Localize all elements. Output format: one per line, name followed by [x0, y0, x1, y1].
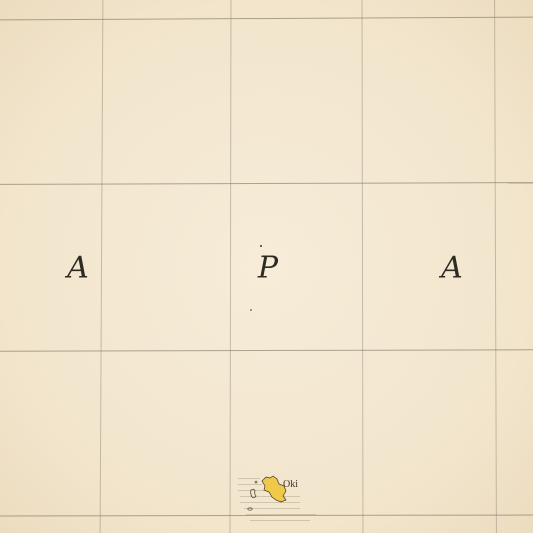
island-label-oki: Oki [283, 479, 298, 490]
oki-islands [0, 0, 533, 533]
map-canvas: A P A Oki [0, 0, 533, 533]
